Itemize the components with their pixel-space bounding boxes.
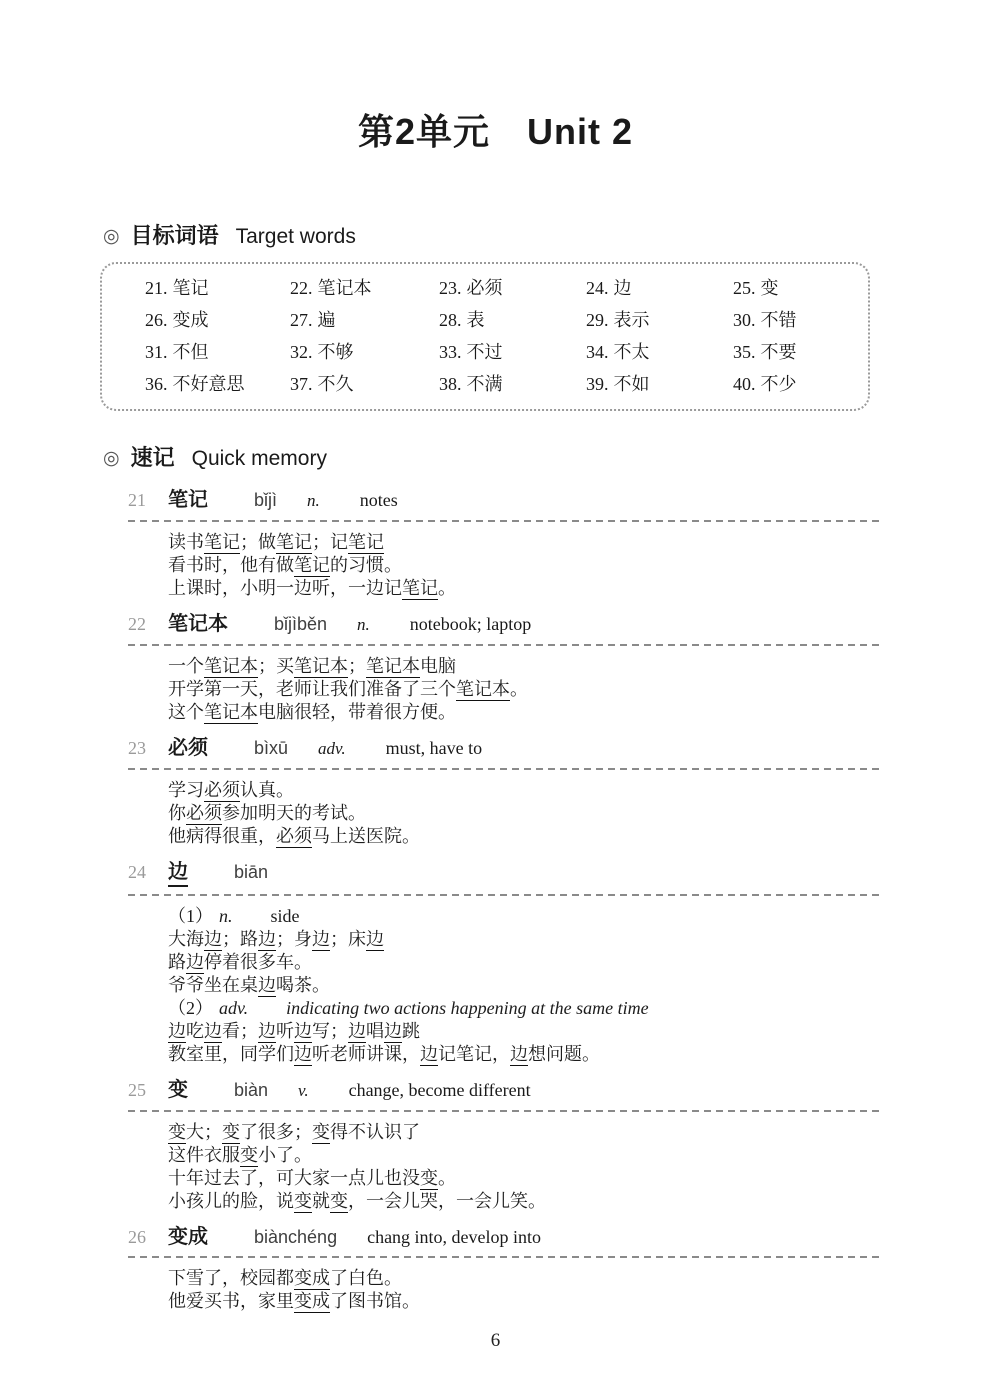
example-line: 上课时，小明一边听，一边记笔记。 xyxy=(168,577,881,600)
example-segment-underlined: 变 xyxy=(420,1168,438,1190)
example-segment: 想问题。 xyxy=(528,1044,600,1064)
target-word-item: 35.不要 xyxy=(733,342,860,362)
entry-examples: 读书笔记；做笔记；记笔记看书时，他有做笔记的习惯。上课时，小明一边听，一边记笔记… xyxy=(168,531,881,600)
example-segment-underlined: 笔记 xyxy=(276,532,312,554)
target-word-number: 36. xyxy=(145,374,168,394)
example-segment: 大海 xyxy=(168,929,204,949)
entry-pinyin: bǐjìběn xyxy=(274,612,327,636)
target-word-number: 33. xyxy=(439,342,462,362)
example-segment: 写； xyxy=(312,1021,348,1041)
example-segment: 听 xyxy=(276,1021,294,1041)
example-segment-underlined: 必须 xyxy=(204,780,240,802)
entry-meaning: notes xyxy=(360,488,398,512)
example-segment: 的习惯。 xyxy=(330,555,402,575)
target-word-item: 36.不好意思 xyxy=(145,374,290,394)
example-segment-underlined: 变 xyxy=(222,1122,240,1144)
entry-divider xyxy=(128,1256,881,1258)
target-word-number: 22. xyxy=(290,278,313,298)
example-line: 学习必须认真。 xyxy=(168,779,881,802)
target-word-item: 37.不久 xyxy=(290,374,439,394)
example-segment-underlined: 边 xyxy=(294,1021,312,1043)
example-segment: 路 xyxy=(168,952,186,972)
entry-divider xyxy=(128,894,881,896)
target-word-number: 31. xyxy=(145,342,168,362)
word-entry: 26变成biànchéngchang into, develop into下雪了… xyxy=(128,1225,881,1313)
entry-number: 22 xyxy=(128,612,168,636)
example-segment: ；记 xyxy=(312,532,348,552)
entry-divider xyxy=(128,644,881,646)
example-line: 边吃边看；边听边写；边唱边跳 xyxy=(168,1020,881,1043)
example-segment: 看； xyxy=(222,1021,258,1041)
example-segment: 得不认识了 xyxy=(330,1122,420,1142)
target-word-text: 不要 xyxy=(761,342,797,362)
entry-header: 22笔记本bǐjìběnn.notebook; laptop xyxy=(128,612,881,637)
target-word-item: 24.边 xyxy=(586,278,733,298)
example-segment: 他爱买书，家里 xyxy=(168,1291,294,1311)
target-word-item: 22.笔记本 xyxy=(290,278,439,298)
example-segment-underlined: 变 xyxy=(168,1122,186,1144)
target-word-number: 25. xyxy=(733,278,756,298)
target-word-text: 不过 xyxy=(467,342,503,362)
example-segment: 这个 xyxy=(168,702,204,722)
example-segment-underlined: 笔记本 xyxy=(204,656,258,678)
target-word-number: 38. xyxy=(439,374,462,394)
example-line: 小孩儿的脸，说变就变，一会儿哭，一会儿笑。 xyxy=(168,1190,881,1213)
entry-number: 23 xyxy=(128,736,168,760)
target-word-number: 21. xyxy=(145,278,168,298)
target-word-number: 29. xyxy=(586,310,609,330)
entry-headword: 变 xyxy=(168,1078,188,1102)
example-segment: 教室里，同学们 xyxy=(168,1044,294,1064)
word-entry: 23必须bìxūadv.must, have to学习必须认真。你必须参加明天的… xyxy=(128,736,881,848)
example-line: 路边停着很多车。 xyxy=(168,951,881,974)
quick-memory-heading-zh: 速记 xyxy=(131,441,175,472)
target-word-item: 39.不如 xyxy=(586,374,733,394)
target-word-text: 表示 xyxy=(614,310,650,330)
example-segment: ；路 xyxy=(222,929,258,949)
example-line: 这件衣服变小了。 xyxy=(168,1144,881,1167)
example-line: 读书笔记；做笔记；记笔记 xyxy=(168,531,881,554)
example-segment-underlined: 笔记本 xyxy=(456,679,510,701)
example-segment: 喝茶。 xyxy=(276,975,330,995)
page-number: 6 xyxy=(0,1330,991,1352)
example-segment-underlined: 边 xyxy=(258,1021,276,1043)
target-words-box: 21.笔记22.笔记本23.必须24.边25.变26.变成27.遍28.表29.… xyxy=(100,262,870,411)
example-segment: 一个 xyxy=(168,656,204,676)
example-segment-underlined: 边 xyxy=(312,929,330,951)
quick-memory-heading-en: Quick memory xyxy=(192,447,327,471)
target-word-text: 笔记本 xyxy=(318,278,372,298)
entry-headword: 笔记 xyxy=(168,488,208,512)
target-word-number: 40. xyxy=(733,374,756,394)
example-segment: 电脑很轻，带着很方便。 xyxy=(258,702,456,722)
sense-meaning: indicating two actions happening at the … xyxy=(286,998,648,1018)
word-entry: 21笔记bǐjìn.notes读书笔记；做笔记；记笔记看书时，他有做笔记的习惯。… xyxy=(128,488,881,600)
example-line: 看书时，他有做笔记的习惯。 xyxy=(168,554,881,577)
target-word-item: 21.笔记 xyxy=(145,278,290,298)
entry-headword: 笔记本 xyxy=(168,612,228,636)
example-segment: ；做 xyxy=(240,532,276,552)
example-segment-underlined: 边 xyxy=(366,929,384,951)
entry-number: 21 xyxy=(128,488,168,512)
example-segment: 。 xyxy=(438,578,456,598)
target-word-item: 23.必须 xyxy=(439,278,586,298)
entry-meaning: notebook; laptop xyxy=(410,612,531,636)
target-word-item: 33.不过 xyxy=(439,342,586,362)
target-word-text: 不满 xyxy=(467,374,503,394)
entry-header: 26变成biànchéngchang into, develop into xyxy=(128,1225,881,1249)
target-word-text: 不久 xyxy=(318,374,354,394)
example-segment: 读书 xyxy=(168,532,204,552)
example-segment: 认真。 xyxy=(240,780,294,800)
example-segment: 参加明天的考试。 xyxy=(222,803,366,823)
target-word-text: 笔记 xyxy=(173,278,209,298)
target-word-text: 必须 xyxy=(467,278,503,298)
word-entry: 25变biànv.change, become different变大；变了很多… xyxy=(128,1078,881,1213)
example-segment-underlined: 边 xyxy=(204,929,222,951)
entry-examples: 变大；变了很多；变得不认识了这件衣服变小了。十年过去了，可大家一点儿也没变。小孩… xyxy=(168,1121,881,1213)
example-segment: 学习 xyxy=(168,780,204,800)
target-word-text: 不如 xyxy=(614,374,650,394)
example-segment: 小了。 xyxy=(258,1145,312,1165)
sense-line: （2）adv.indicating two actions happening … xyxy=(168,997,881,1020)
example-line: 教室里，同学们边听老师讲课，边记笔记，边想问题。 xyxy=(168,1043,881,1066)
sense-number: （1） xyxy=(168,906,213,926)
example-segment-underlined: 笔记 xyxy=(294,555,330,577)
example-line: 他爱买书，家里变成了图书馆。 xyxy=(168,1290,881,1313)
target-word-text: 遍 xyxy=(318,310,336,330)
target-word-text: 不好意思 xyxy=(173,374,245,394)
entry-headword: 变成 xyxy=(168,1225,208,1249)
example-segment: 了白色。 xyxy=(330,1268,402,1288)
example-line: 大海边；路边；身边；床边 xyxy=(168,928,881,951)
target-word-item: 25.变 xyxy=(733,278,860,298)
entry-headword: 必须 xyxy=(168,736,208,760)
quick-memory-heading: ◎ 速记 Quick memory xyxy=(103,441,991,472)
example-segment: 记笔记， xyxy=(438,1044,510,1064)
target-word-number: 37. xyxy=(290,374,313,394)
example-segment: ；床 xyxy=(330,929,366,949)
example-segment-underlined: 边 xyxy=(258,929,276,951)
entry-examples: 一个笔记本；买笔记本；笔记本电脑开学第一天，老师让我们准备了三个笔记本。这个笔记… xyxy=(168,655,881,724)
target-word-item: 31.不但 xyxy=(145,342,290,362)
entry-number: 26 xyxy=(128,1225,168,1249)
example-line: 这个笔记本电脑很轻，带着很方便。 xyxy=(168,701,881,724)
sense-pos: n. xyxy=(219,906,233,926)
entry-pos: adv. xyxy=(318,737,346,761)
entry-examples: （1）n.side大海边；路边；身边；床边路边停着很多车。爷爷坐在桌边喝茶。（2… xyxy=(168,905,881,1066)
example-segment: 。 xyxy=(438,1168,456,1188)
target-word-number: 39. xyxy=(586,374,609,394)
target-word-text: 不但 xyxy=(173,342,209,362)
target-word-text: 表 xyxy=(467,310,485,330)
example-segment-underlined: 必须 xyxy=(186,803,222,825)
target-word-item: 30.不错 xyxy=(733,310,860,330)
sense-line: （1）n.side xyxy=(168,905,881,928)
entry-meaning: chang into, develop into xyxy=(367,1225,541,1249)
example-segment: ，一会儿哭，一会儿笑。 xyxy=(348,1191,546,1211)
example-segment-underlined: 笔记本 xyxy=(294,656,348,678)
entry-number: 25 xyxy=(128,1078,168,1102)
target-word-item: 34.不太 xyxy=(586,342,733,362)
entry-meaning: change, become different xyxy=(349,1078,531,1102)
example-segment: 下雪了，校园都 xyxy=(168,1268,294,1288)
example-segment-underlined: 笔记 xyxy=(204,532,240,554)
example-line: 你必须参加明天的考试。 xyxy=(168,802,881,825)
target-word-number: 28. xyxy=(439,310,462,330)
target-word-number: 30. xyxy=(733,310,756,330)
entry-examples: 下雪了，校园都变成了白色。他爱买书，家里变成了图书馆。 xyxy=(168,1267,881,1313)
target-word-text: 不太 xyxy=(614,342,650,362)
example-segment: 电脑 xyxy=(420,656,456,676)
target-words-heading: ◎ 目标词语 Target words xyxy=(103,219,991,250)
example-segment-underlined: 笔记 xyxy=(348,532,384,554)
example-segment-underlined: 边 xyxy=(510,1044,528,1066)
example-segment: 马上送医院。 xyxy=(312,826,420,846)
example-segment: 唱 xyxy=(366,1021,384,1041)
example-segment-underlined: 变 xyxy=(240,1145,258,1167)
entry-pinyin: bǐjì xyxy=(254,488,277,512)
entry-header: 25变biànv.change, become different xyxy=(128,1078,881,1103)
example-segment-underlined: 变 xyxy=(330,1191,348,1213)
example-segment-underlined: 边 xyxy=(204,1021,222,1043)
target-word-number: 34. xyxy=(586,342,609,362)
target-word-text: 变成 xyxy=(173,310,209,330)
entry-meaning: must, have to xyxy=(386,736,483,760)
example-segment-underlined: 变成 xyxy=(294,1291,330,1313)
entry-header: 21笔记bǐjìn.notes xyxy=(128,488,881,513)
target-word-item: 28.表 xyxy=(439,310,586,330)
entry-header: 23必须bìxūadv.must, have to xyxy=(128,736,881,761)
example-segment-underlined: 变 xyxy=(312,1122,330,1144)
example-line: 他病得很重，必须马上送医院。 xyxy=(168,825,881,848)
example-segment-underlined: 变成 xyxy=(294,1268,330,1290)
word-entry: 22笔记本bǐjìběnn.notebook; laptop一个笔记本；买笔记本… xyxy=(128,612,881,724)
target-word-text: 不够 xyxy=(318,342,354,362)
example-segment-underlined: 边 xyxy=(294,1044,312,1066)
book-page: 第2单元 Unit 2 ◎ 目标词语 Target words 21.笔记22.… xyxy=(0,104,991,1313)
target-word-item: 32.不够 xyxy=(290,342,439,362)
entry-divider xyxy=(128,768,881,770)
double-circle-bullet-icon: ◎ xyxy=(103,225,120,248)
example-segment: 小孩儿的脸，说 xyxy=(168,1191,294,1211)
example-segment-underlined: 变 xyxy=(294,1191,312,1213)
target-word-item: 27.遍 xyxy=(290,310,439,330)
target-word-number: 27. xyxy=(290,310,313,330)
entry-number: 24 xyxy=(128,860,168,884)
entry-pinyin: bìxū xyxy=(254,736,288,760)
page-title: 第2单元 Unit 2 xyxy=(0,104,991,155)
target-words-heading-en: Target words xyxy=(236,225,356,249)
target-word-number: 23. xyxy=(439,278,462,298)
example-segment: 了图书馆。 xyxy=(330,1291,420,1311)
example-line: 变大；变了很多；变得不认识了 xyxy=(168,1121,881,1144)
example-segment-underlined: 笔记 xyxy=(402,578,438,600)
example-segment-underlined: 边 xyxy=(186,952,204,974)
sense-pos: adv. xyxy=(219,998,248,1018)
entry-pos: n. xyxy=(357,613,370,637)
example-segment: 跳 xyxy=(402,1021,420,1041)
example-segment: 听老师讲课， xyxy=(312,1044,420,1064)
entry-header: 24边biān xyxy=(128,860,881,887)
example-segment: 爷爷坐在桌 xyxy=(168,975,258,995)
example-segment: 上课时，小明一边听，一边记 xyxy=(168,578,402,598)
example-segment: 停着很多车。 xyxy=(204,952,312,972)
example-segment-underlined: 边 xyxy=(348,1021,366,1043)
entry-divider xyxy=(128,520,881,522)
example-segment-underlined: 边 xyxy=(168,1021,186,1043)
target-word-number: 35. xyxy=(733,342,756,362)
example-line: 一个笔记本；买笔记本；笔记本电脑 xyxy=(168,655,881,678)
example-segment-underlined: 边 xyxy=(258,975,276,997)
example-segment: ；身 xyxy=(276,929,312,949)
entry-headword: 边 xyxy=(168,860,188,887)
entry-pinyin: biàn xyxy=(234,1078,268,1102)
example-segment: 看书时，他有做 xyxy=(168,555,294,575)
target-word-item: 29.表示 xyxy=(586,310,733,330)
entry-pinyin: biànchéng xyxy=(254,1225,337,1249)
example-segment: 他病得很重， xyxy=(168,826,276,846)
target-word-number: 24. xyxy=(586,278,609,298)
target-word-item: 38.不满 xyxy=(439,374,586,394)
example-segment: 这件衣服 xyxy=(168,1145,240,1165)
quick-memory-entries: 21笔记bǐjìn.notes读书笔记；做笔记；记笔记看书时，他有做笔记的习惯。… xyxy=(128,488,881,1313)
example-segment: 开学第一天，老师让我们准备了三个 xyxy=(168,679,456,699)
example-segment-underlined: 笔记本 xyxy=(204,702,258,724)
word-entry: 24边biān（1）n.side大海边；路边；身边；床边路边停着很多车。爷爷坐在… xyxy=(128,860,881,1066)
example-line: 开学第一天，老师让我们准备了三个笔记本。 xyxy=(168,678,881,701)
example-segment: 大； xyxy=(186,1122,222,1142)
example-segment: 。 xyxy=(510,679,528,699)
example-segment: ； xyxy=(348,656,366,676)
example-segment: ；买 xyxy=(258,656,294,676)
target-word-text: 边 xyxy=(614,278,632,298)
target-word-number: 26. xyxy=(145,310,168,330)
target-word-number: 32. xyxy=(290,342,313,362)
target-word-item: 40.不少 xyxy=(733,374,860,394)
target-word-text: 变 xyxy=(761,278,779,298)
target-words-heading-zh: 目标词语 xyxy=(131,219,219,250)
example-segment: 十年过去了，可大家一点儿也没 xyxy=(168,1168,420,1188)
example-segment: 就 xyxy=(312,1191,330,1211)
entry-divider xyxy=(128,1110,881,1112)
entry-pinyin: biān xyxy=(234,860,268,884)
target-word-text: 不错 xyxy=(761,310,797,330)
target-word-item: 26.变成 xyxy=(145,310,290,330)
example-segment: 吃 xyxy=(186,1021,204,1041)
example-segment-underlined: 必须 xyxy=(276,826,312,848)
example-line: 十年过去了，可大家一点儿也没变。 xyxy=(168,1167,881,1190)
entry-examples: 学习必须认真。你必须参加明天的考试。他病得很重，必须马上送医院。 xyxy=(168,779,881,848)
example-line: 下雪了，校园都变成了白色。 xyxy=(168,1267,881,1290)
example-segment-underlined: 边 xyxy=(420,1044,438,1066)
example-segment-underlined: 边 xyxy=(384,1021,402,1043)
double-circle-bullet-icon: ◎ xyxy=(103,447,120,470)
entry-pos: n. xyxy=(307,489,320,513)
example-segment-underlined: 笔记本 xyxy=(366,656,420,678)
sense-number: （2） xyxy=(168,998,213,1018)
example-segment: 了很多； xyxy=(240,1122,312,1142)
entry-pos: v. xyxy=(298,1079,309,1103)
example-segment: 你 xyxy=(168,803,186,823)
target-word-text: 不少 xyxy=(761,374,797,394)
example-line: 爷爷坐在桌边喝茶。 xyxy=(168,974,881,997)
sense-meaning: side xyxy=(271,906,300,926)
